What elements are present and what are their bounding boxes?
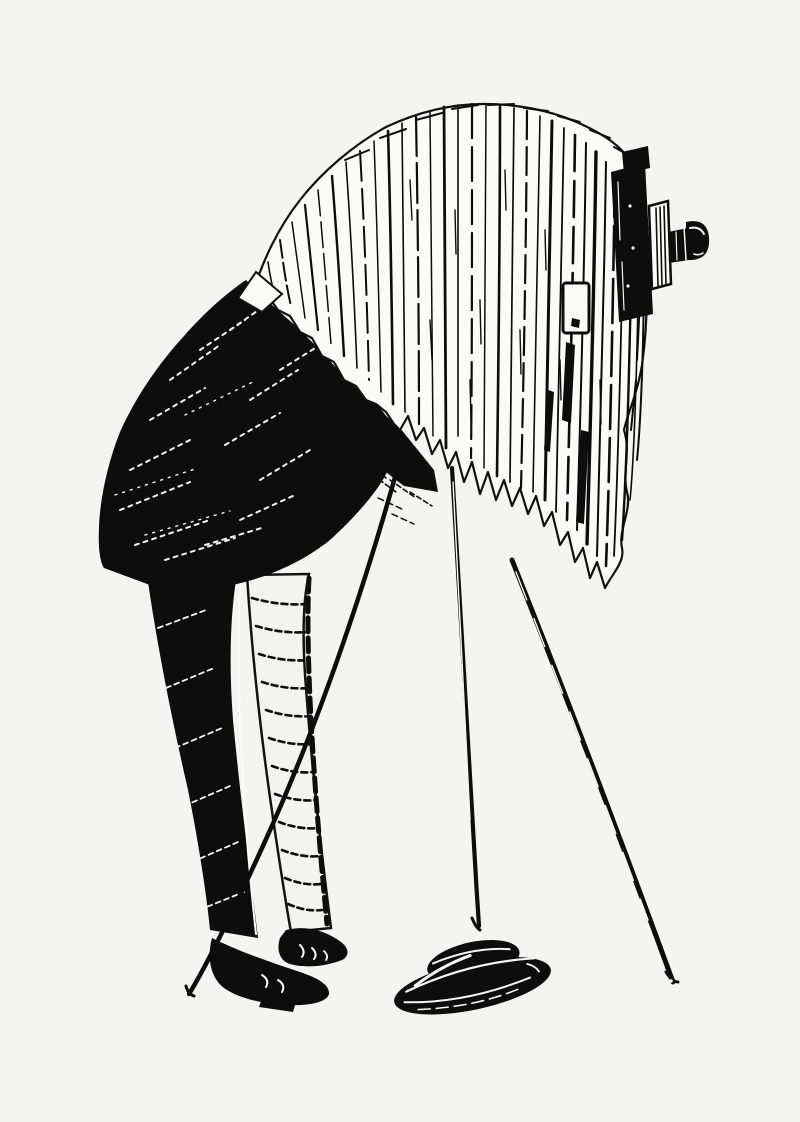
cloth-latch-plate xyxy=(563,283,589,333)
engraving-canvas: Vintage black-and-white engraving of a p… xyxy=(0,0,800,1122)
engraving-illustration: Vintage black-and-white engraving of a p… xyxy=(0,0,800,1122)
